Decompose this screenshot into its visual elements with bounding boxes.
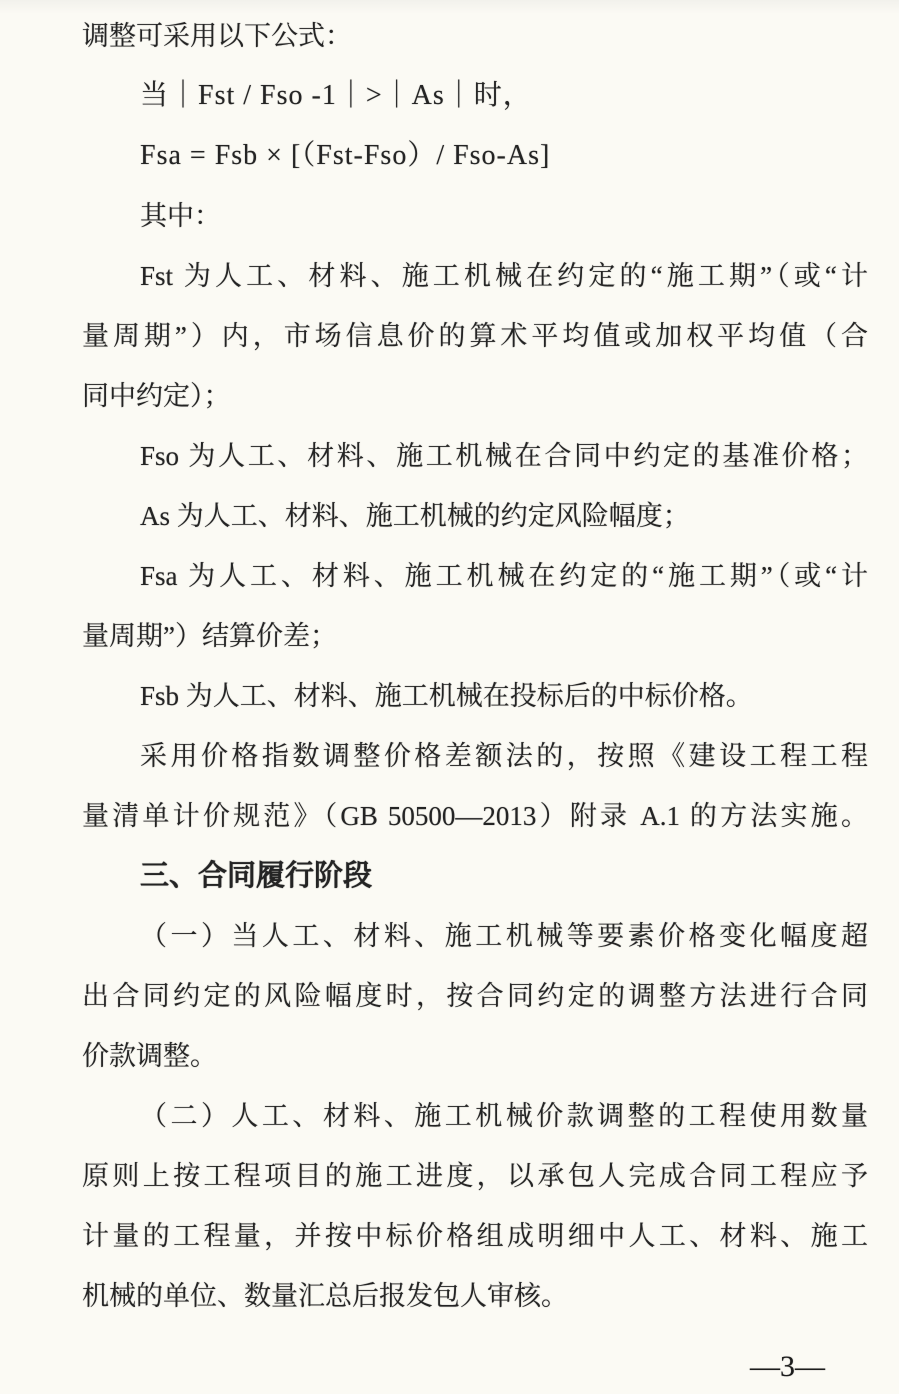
text-line: （二）人工、材料、施工机械价款调整的工程使用数量 <box>82 1086 868 1146</box>
text-line: Fsb 为人工、材料、施工机械在投标后的中标价格。 <box>82 666 868 726</box>
text-line: Fst 为人工、材料、施工机械在约定的“施工期”（或“计 <box>82 246 868 306</box>
document-page: 调整可采用以下公式：当｜Fst / Fso -1｜>｜As｜时，Fsa = Fs… <box>0 0 899 1394</box>
formula-line: Fsa = Fsb × [（Fst-Fso）/ Fso-As] <box>82 126 868 186</box>
page-number: —3— <box>750 1350 825 1384</box>
text-line: As 为人工、材料、施工机械的约定风险幅度； <box>82 486 868 546</box>
text-line: 原则上按工程项目的施工进度，以承包人完成合同工程应予 <box>82 1146 868 1206</box>
text-line: 价款调整。 <box>82 1026 868 1086</box>
text-line: 调整可采用以下公式： <box>82 6 868 66</box>
document-content: 调整可采用以下公式：当｜Fst / Fso -1｜>｜As｜时，Fsa = Fs… <box>82 6 868 1326</box>
text-line: 出合同约定的风险幅度时，按合同约定的调整方法进行合同 <box>82 966 868 1026</box>
text-line: 采用价格指数调整价格差额法的，按照《建设工程工程 <box>82 726 868 786</box>
text-line: 计量的工程量，并按中标价格组成明细中人工、材料、施工 <box>82 1206 868 1266</box>
text-line: （一）当人工、材料、施工机械等要素价格变化幅度超 <box>82 906 868 966</box>
text-line: 其中： <box>82 186 868 246</box>
formula-line: 当｜Fst / Fso -1｜>｜As｜时， <box>82 66 868 126</box>
text-line: 同中约定）； <box>82 366 868 426</box>
text-line: 量周期”）结算价差； <box>82 606 868 666</box>
text-line: Fsa 为人工、材料、施工机械在约定的“施工期”（或“计 <box>82 546 868 606</box>
text-line: Fso 为人工、材料、施工机械在合同中约定的基准价格； <box>82 426 868 486</box>
text-line: 量周期”）内，市场信息价的算术平均值或加权平均值（合 <box>82 306 868 366</box>
text-line: 机械的单位、数量汇总后报发包人审核。 <box>82 1266 868 1326</box>
text-line: 量清单计价规范》（GB 50500—2013）附录 A.1 的方法实施。 <box>82 786 868 846</box>
section-heading: 三、合同履行阶段 <box>82 846 868 906</box>
